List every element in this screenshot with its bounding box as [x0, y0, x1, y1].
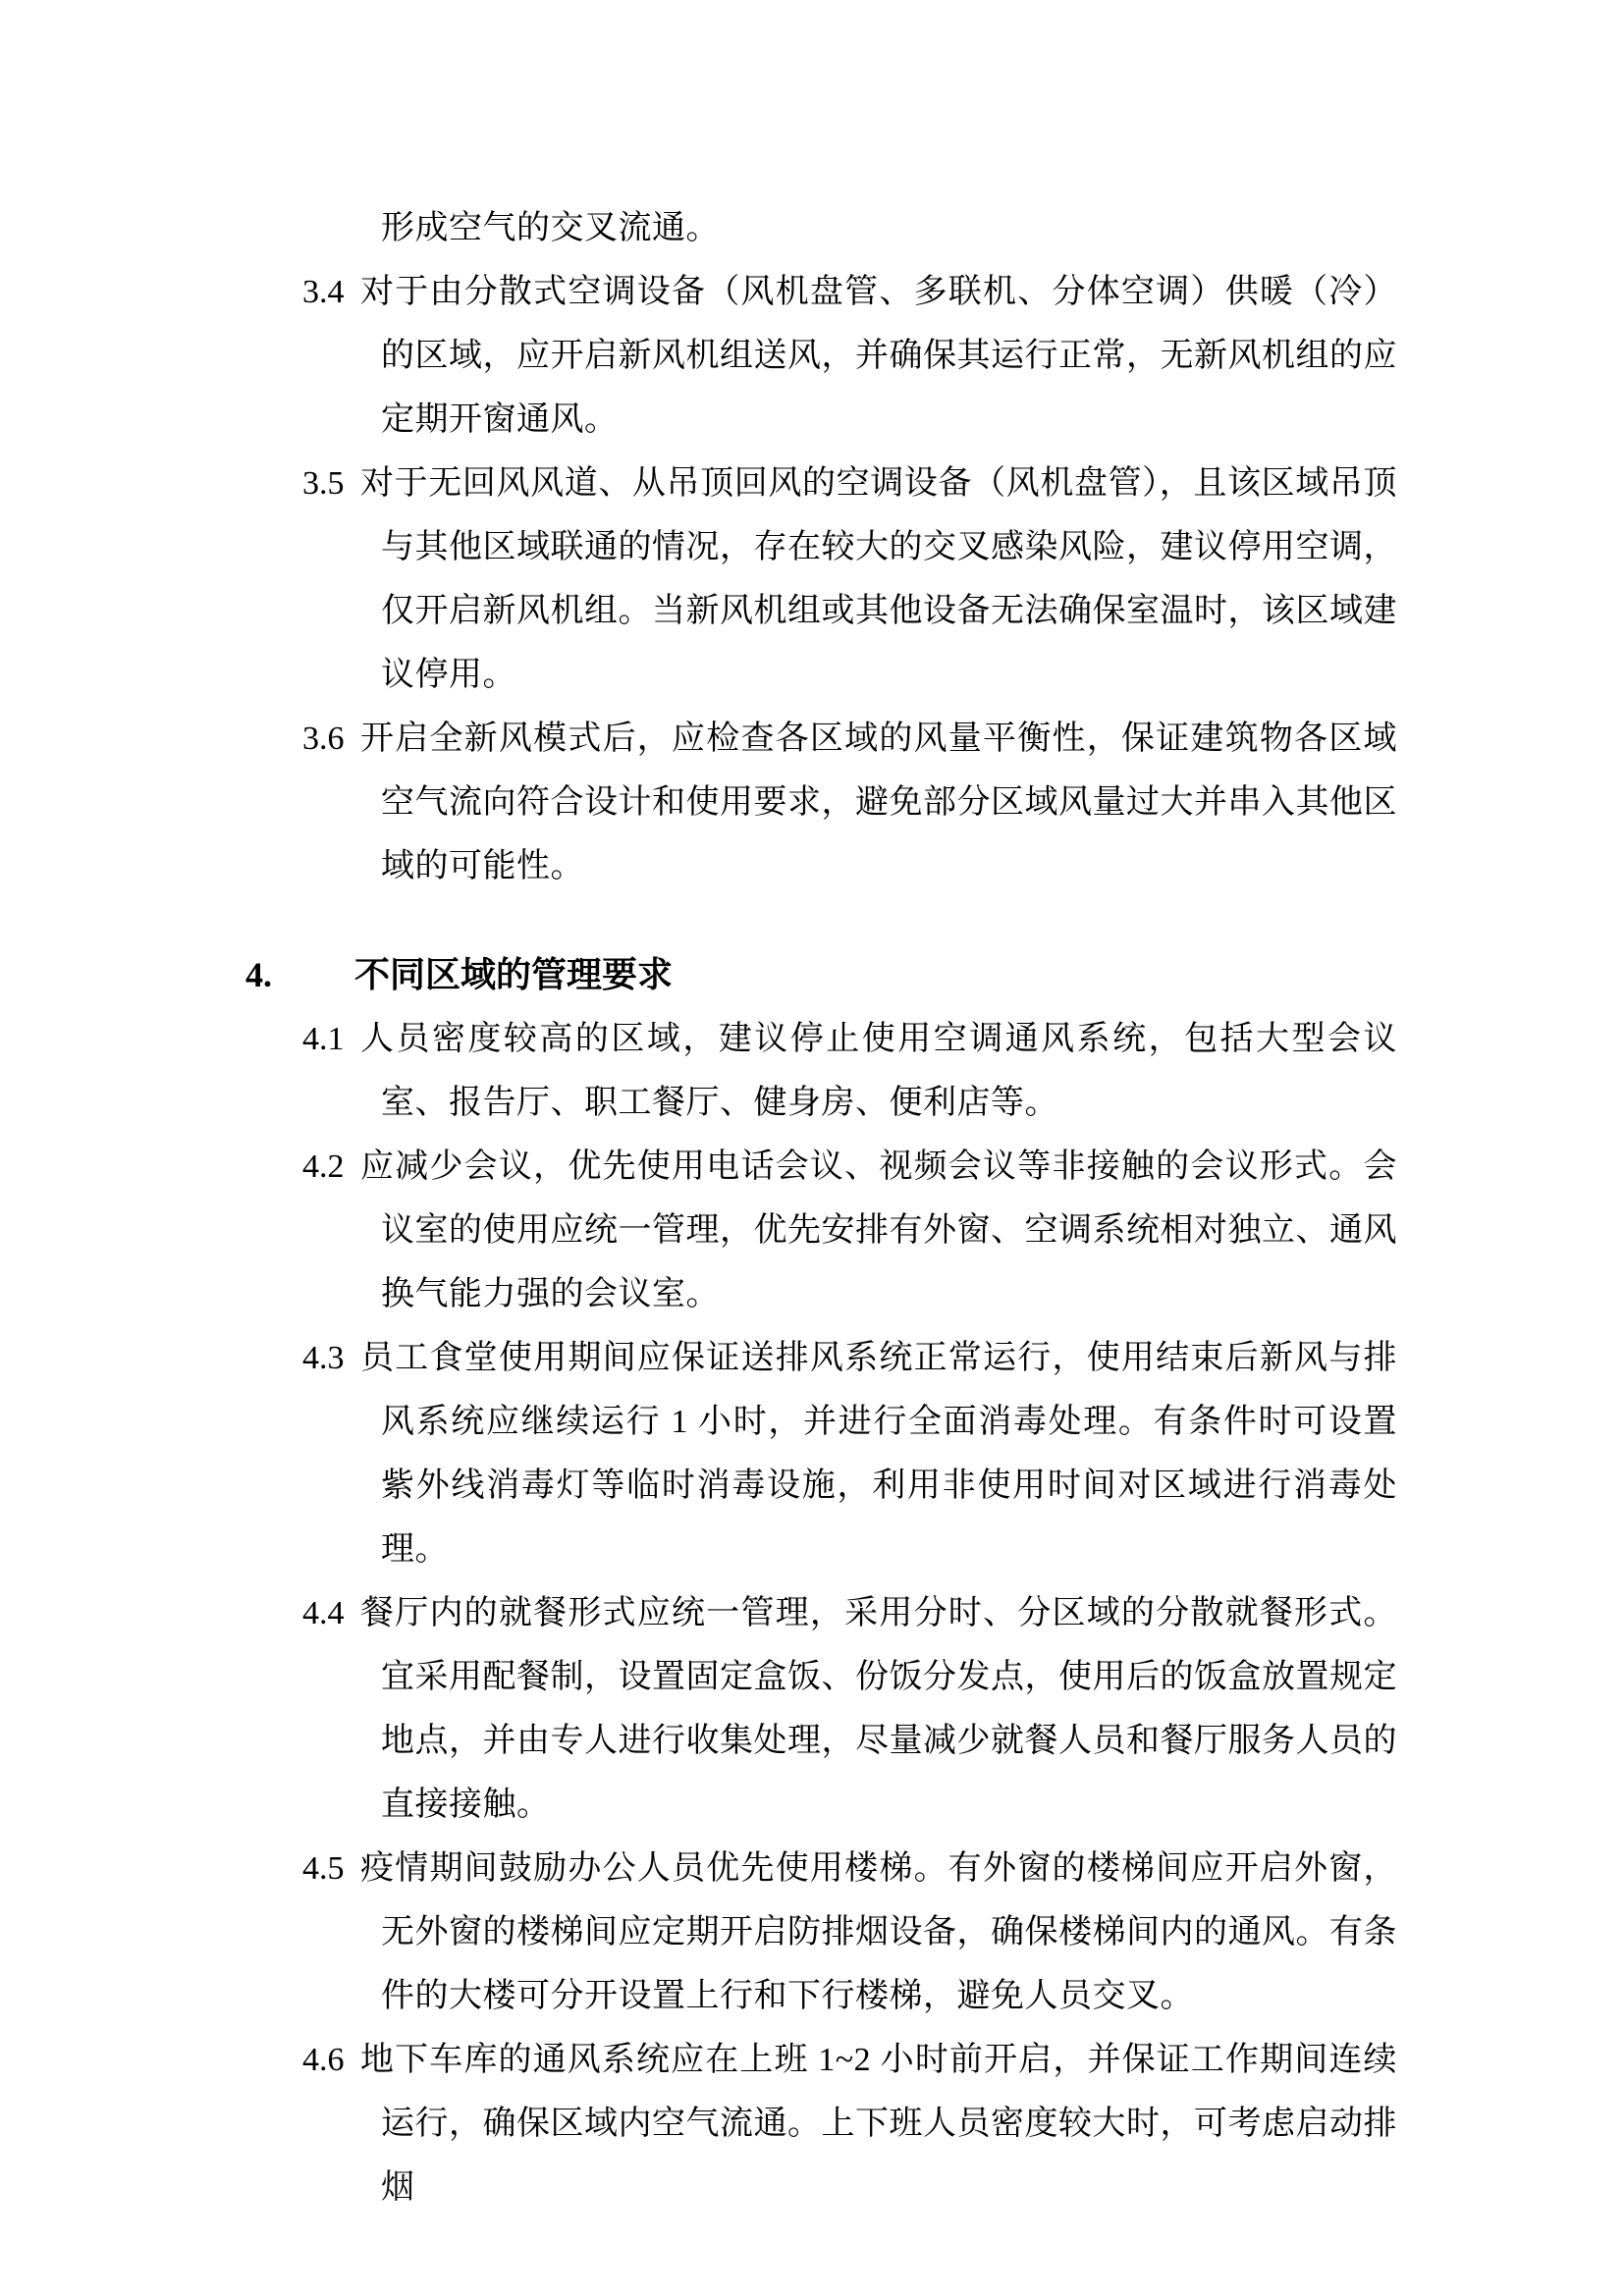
item-text: 对于无回风风道、从吊顶回风的空调设备（风机盘管），且该区域吊顶与其他区域联通的情…: [381, 452, 1397, 707]
item-number: 4.6: [302, 2028, 345, 2092]
section-number: 4.: [245, 943, 272, 1007]
item-text: 应减少会议，优先使用电话会议、视频会议等非接触的会议形式。会议室的使用应统一管理…: [381, 1135, 1397, 1326]
page-content: 形成空气的交叉流通。 3.4 对于由分散式空调设备（风机盘管、多联机、分体空调）…: [302, 196, 1397, 2219]
list-item-4-6: 4.6 地下车库的通风系统应在上班 1~2 小时前开启，并保证工作期间连续运行，…: [302, 2028, 1397, 2219]
item-number: 4.5: [302, 1837, 345, 1900]
list-item-4-1: 4.1 人员密度较高的区域，建议停止使用空调通风系统，包括大型会议室、报告厅、职…: [302, 1007, 1397, 1135]
item-text: 对于由分散式空调设备（风机盘管、多联机、分体空调）供暖（冷）的区域，应开启新风机…: [381, 260, 1397, 452]
item-text: 开启全新风模式后，应检查各区域的风量平衡性，保证建筑物各区域空气流向符合设计和使…: [381, 707, 1397, 898]
item-number: 4.3: [302, 1326, 345, 1390]
item-number: 4.4: [302, 1581, 345, 1645]
list-item-3-5: 3.5 对于无回风风道、从吊顶回风的空调设备（风机盘管），且该区域吊顶与其他区域…: [302, 452, 1397, 707]
item-number: 3.5: [302, 452, 345, 515]
item-number: 3.4: [302, 260, 345, 324]
list-item-3-6: 3.6 开启全新风模式后，应检查各区域的风量平衡性，保证建筑物各区域空气流向符合…: [302, 707, 1397, 898]
item-number: 3.6: [302, 707, 345, 771]
paragraph-continuation: 形成空气的交叉流通。: [302, 196, 1397, 260]
list-item-3-4: 3.4 对于由分散式空调设备（风机盘管、多联机、分体空调）供暖（冷）的区域，应开…: [302, 260, 1397, 452]
list-item-4-3: 4.3 员工食堂使用期间应保证送排风系统正常运行，使用结束后新风与排风系统应继续…: [302, 1326, 1397, 1581]
section-title: 不同区域的管理要求: [354, 955, 673, 994]
item-number: 4.2: [302, 1135, 345, 1199]
document-page: 形成空气的交叉流通。 3.4 对于由分散式空调设备（风机盘管、多联机、分体空调）…: [0, 0, 1624, 2296]
paragraph-text: 形成空气的交叉流通。: [381, 196, 1397, 260]
item-text: 员工食堂使用期间应保证送排风系统正常运行，使用结束后新风与排风系统应继续运行 1…: [381, 1326, 1397, 1581]
item-text: 餐厅内的就餐形式应统一管理，采用分时、分区域的分散就餐形式。宜采用配餐制，设置固…: [381, 1581, 1397, 1837]
list-item-4-4: 4.4 餐厅内的就餐形式应统一管理，采用分时、分区域的分散就餐形式。宜采用配餐制…: [302, 1581, 1397, 1837]
item-text: 人员密度较高的区域，建议停止使用空调通风系统，包括大型会议室、报告厅、职工餐厅、…: [381, 1007, 1397, 1135]
item-number: 4.1: [302, 1007, 345, 1071]
list-item-4-2: 4.2 应减少会议，优先使用电话会议、视频会议等非接触的会议形式。会议室的使用应…: [302, 1135, 1397, 1326]
section-heading-4: 4. 不同区域的管理要求: [245, 943, 1340, 1007]
item-text: 地下车库的通风系统应在上班 1~2 小时前开启，并保证工作期间连续运行，确保区域…: [381, 2028, 1397, 2219]
list-item-4-5: 4.5 疫情期间鼓励办公人员优先使用楼梯。有外窗的楼梯间应开启外窗，无外窗的楼梯…: [302, 1837, 1397, 2028]
item-text: 疫情期间鼓励办公人员优先使用楼梯。有外窗的楼梯间应开启外窗，无外窗的楼梯间应定期…: [381, 1837, 1397, 2028]
